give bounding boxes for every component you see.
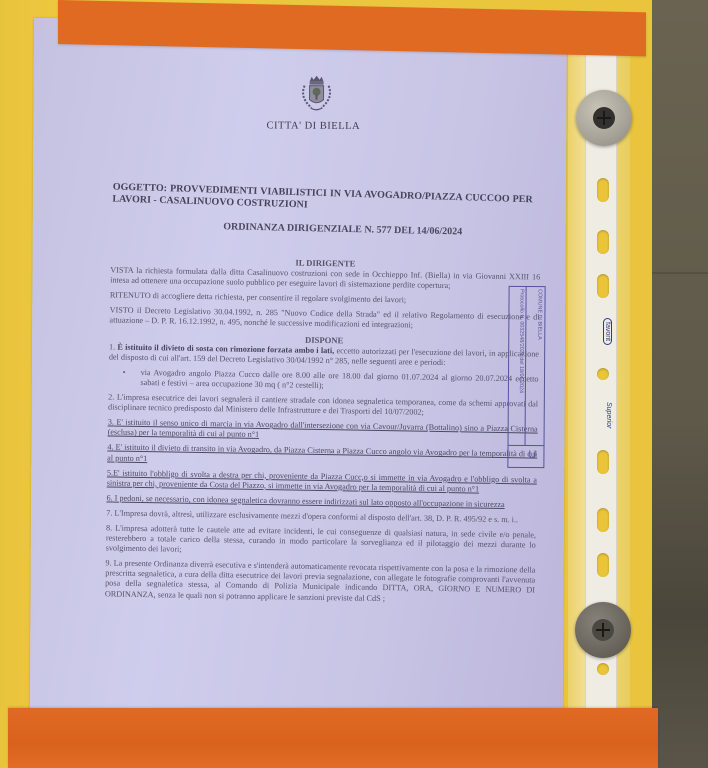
screw-icon — [576, 90, 632, 146]
screw-icon — [575, 602, 631, 658]
paragraph-visto: VISTO il Decreto Legislativo 30.04.1992,… — [109, 306, 539, 333]
punch-hole — [597, 368, 609, 380]
punch-hole — [597, 663, 609, 675]
orange-tape-bottom — [8, 708, 658, 768]
punch-hole — [597, 230, 609, 254]
punch-hole — [597, 178, 609, 202]
punch-hole — [597, 508, 609, 532]
document-subject: OGGETTO: PROVVEDIMENTI VIABILISTICI IN V… — [112, 181, 533, 218]
item-7: 7. L'Impresa dovrà, altresì, utilizzare … — [106, 508, 536, 525]
punch-hole — [597, 274, 609, 298]
punch-hole — [597, 553, 609, 577]
item-9: 9. La presente Ordinanza diverrà esecuti… — [105, 559, 536, 606]
protocol-stamp: Protocollo N. 0032548/2024 del 18/06/202… — [507, 286, 545, 468]
stamp-protocol-number: Protocollo N. 0032548/2024 del 18/06/202… — [518, 289, 525, 393]
item-1-bullet: via Avogadro angolo Piazza Cucco dalle o… — [108, 367, 538, 394]
item-6: 6. I pedoni, se necessario, con idonea s… — [106, 493, 536, 510]
stamp-mark: U — [528, 449, 536, 461]
ordinance-title: ORDINANZA DIRIGENZIALE N. 577 DEL 14/06/… — [193, 221, 493, 239]
item-4: 4. E' istituito il divieto di transito i… — [107, 443, 537, 470]
stamp-municipality: COMUNE DI BIELLA — [536, 289, 542, 340]
item-5: 5.E' istituito l'obbligo di svolta a des… — [107, 468, 537, 495]
item-3: 3. E' istituito il senso unico di marcia… — [108, 418, 538, 445]
ordinance-document: CITTA' DI BIELLA OGGETTO: PROVVEDIMENTI … — [30, 18, 567, 717]
sleeve-brand-superior: Superior — [605, 402, 612, 428]
paragraph-ritenuto: RITENUTO di accogliere detta richiesta, … — [110, 291, 540, 308]
item-2: 2. L'impresa esecutrice dei lavori segna… — [108, 392, 538, 419]
city-name: CITTA' DI BIELLA — [243, 120, 383, 132]
punch-hole — [597, 450, 609, 474]
sleeve-brand-favorit: favorit — [603, 318, 612, 345]
document-body: IL DIRIGENTE VISTA la richiesta formulat… — [105, 254, 541, 611]
item-8: 8. L'impresa adotterà tutte le cautele a… — [106, 523, 536, 560]
background-wall — [652, 0, 708, 768]
coat-of-arms-icon — [291, 72, 341, 122]
wall-edge — [652, 272, 708, 274]
